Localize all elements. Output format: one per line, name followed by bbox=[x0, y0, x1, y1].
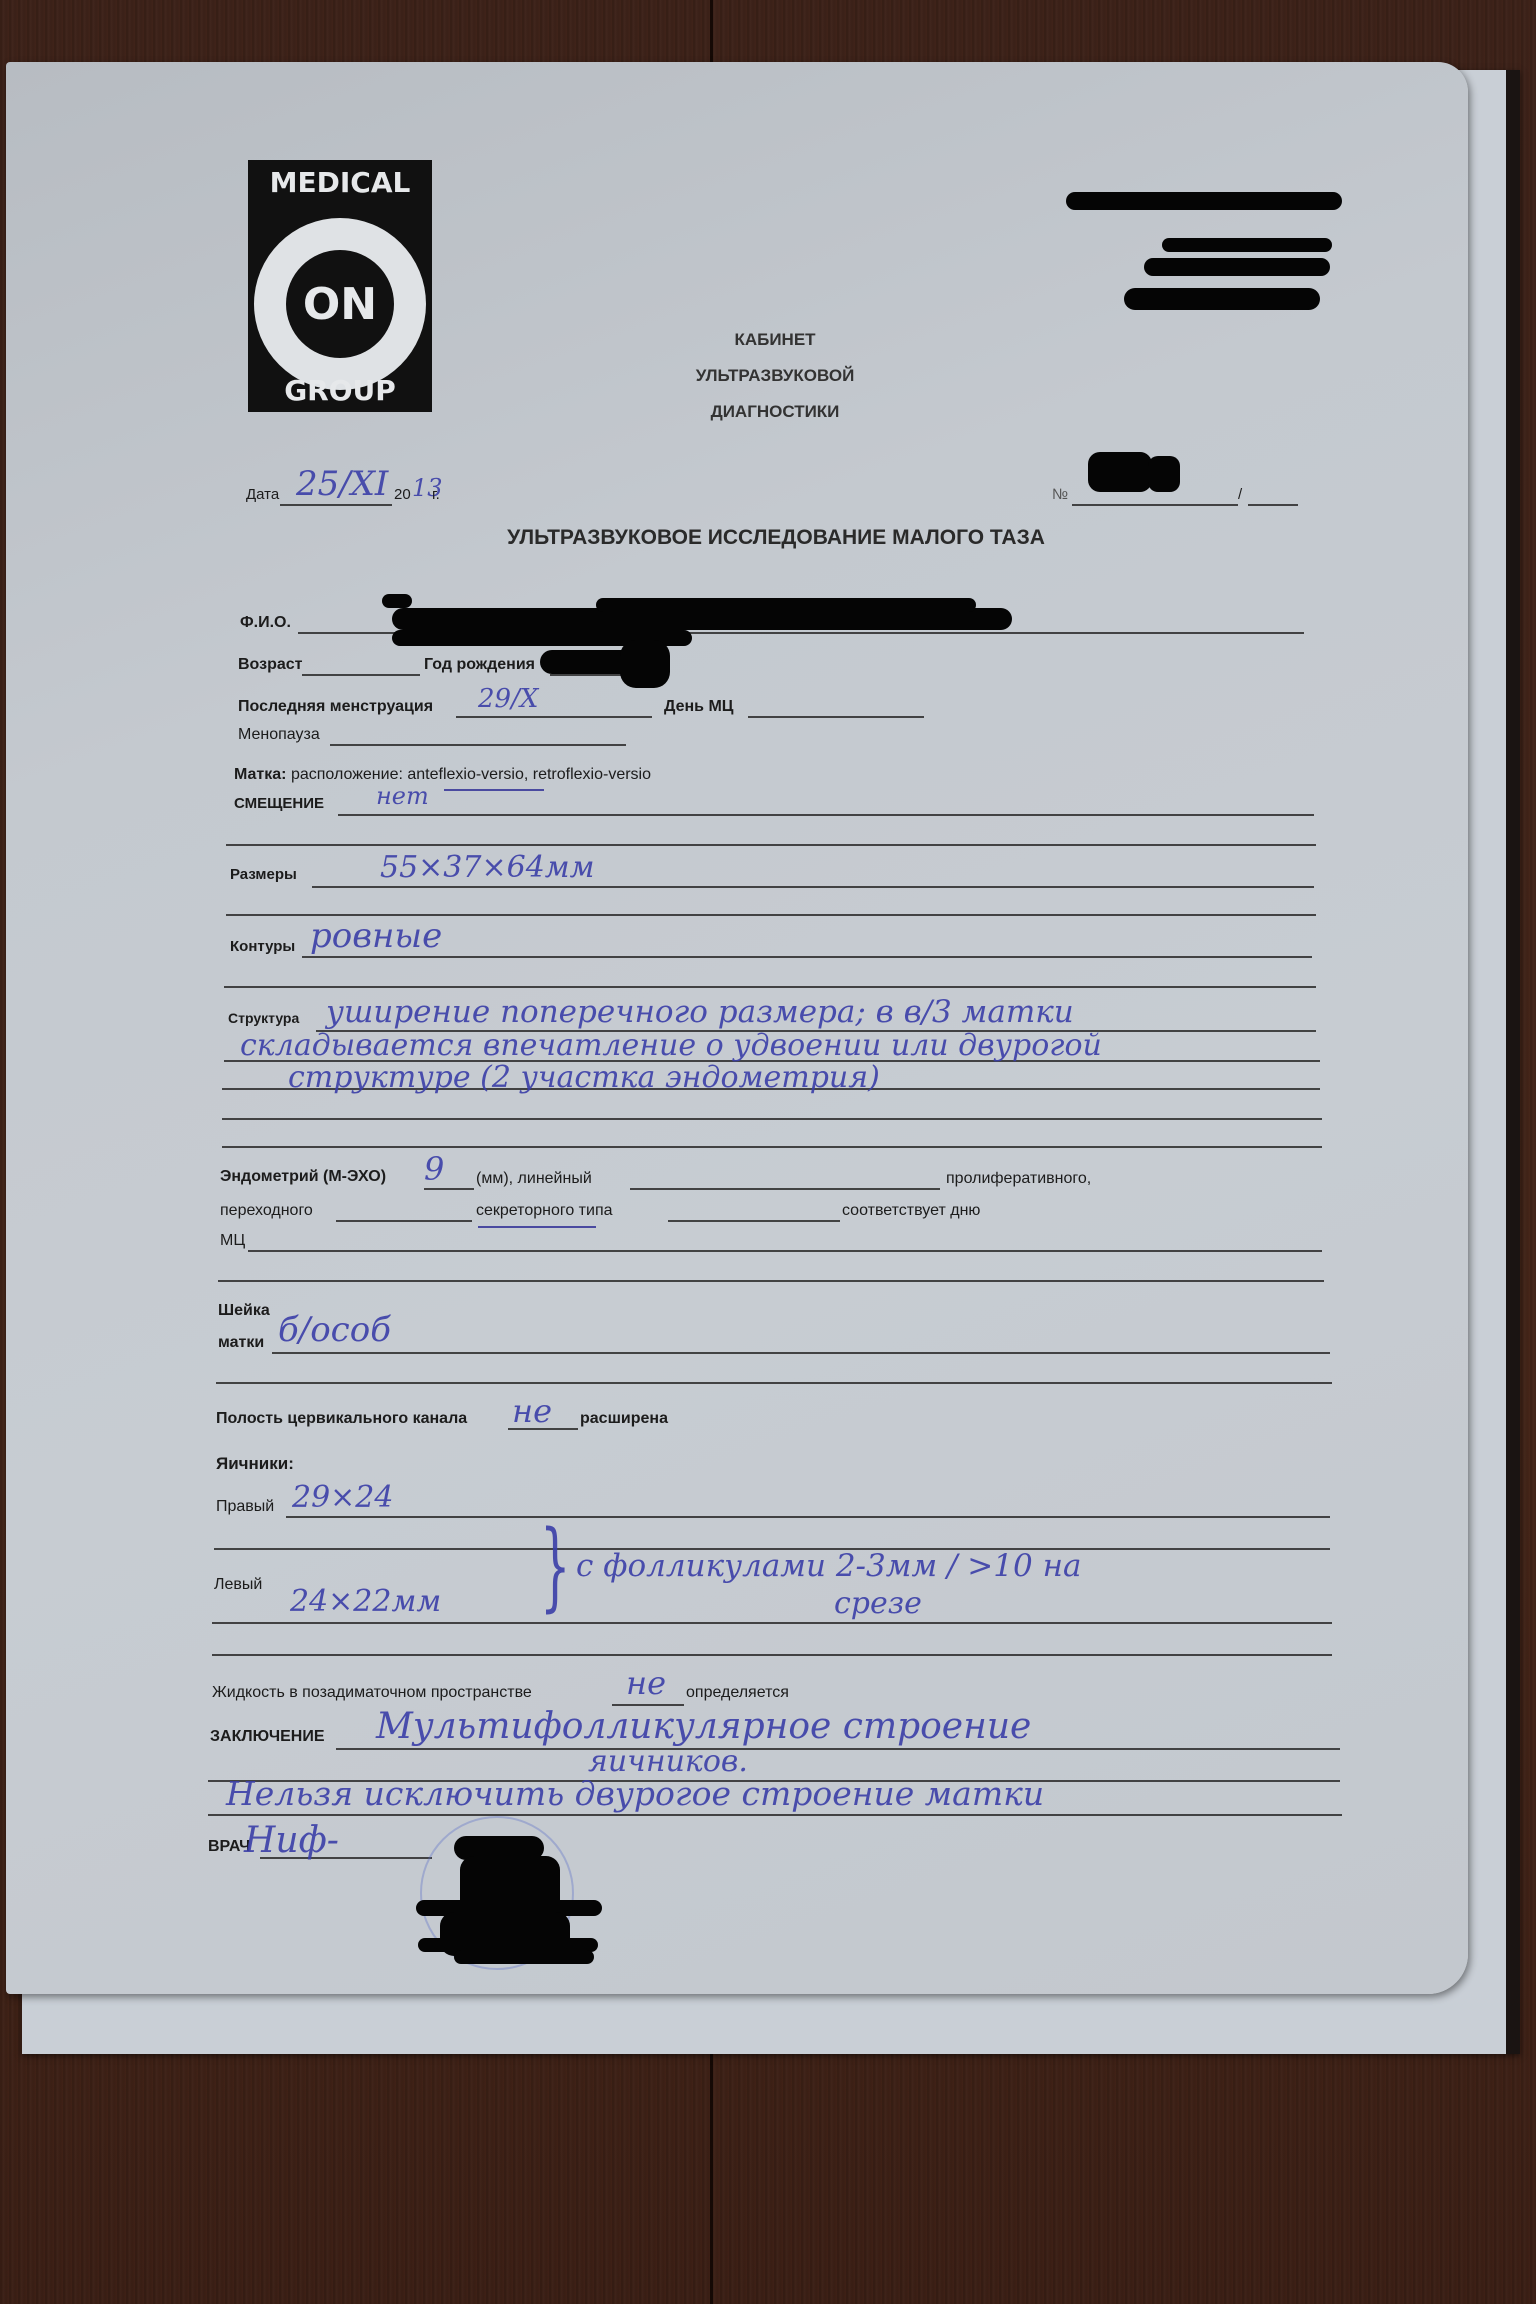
redaction-mark bbox=[454, 1950, 594, 1964]
cycle-day-line bbox=[748, 716, 924, 718]
conclusion-line-1 bbox=[336, 1748, 1340, 1750]
number-label: № bbox=[1052, 486, 1068, 503]
mc-line bbox=[248, 1250, 1322, 1252]
displacement-label: СМЕЩЕНИЕ bbox=[234, 795, 324, 812]
year-unit: г. bbox=[432, 486, 440, 503]
header-line-1: КАБИНЕТ bbox=[640, 330, 910, 350]
anteflexio-underline bbox=[444, 789, 544, 791]
mc-label: МЦ bbox=[220, 1232, 245, 1250]
endometrium-label: Эндометрий (М-ЭХО) bbox=[220, 1168, 386, 1186]
right-ovary-line bbox=[286, 1516, 1330, 1518]
structure-text-1: уширение поперечного размера; в в/3 матк… bbox=[326, 994, 1074, 1030]
secretory-line bbox=[668, 1220, 840, 1222]
redaction-mark bbox=[1066, 192, 1342, 210]
blank-line bbox=[222, 1146, 1322, 1148]
redaction-mark bbox=[1088, 452, 1152, 492]
redaction-mark bbox=[596, 598, 976, 612]
ovaries-label: Яичники: bbox=[216, 1454, 294, 1474]
ovaries-brace: } bbox=[540, 1510, 571, 1622]
left-ovary-line bbox=[212, 1622, 1332, 1624]
displacement-value: нет bbox=[376, 782, 429, 810]
page-title: УЛЬТРАЗВУКОВОЕ ИССЛЕДОВАНИЕ МАЛОГО ТАЗА bbox=[476, 526, 1076, 550]
date-value: 25/XI bbox=[296, 464, 388, 504]
birth-year-line bbox=[550, 674, 630, 676]
left-ovary-label: Левый bbox=[214, 1576, 262, 1594]
fluid-suffix: определяется bbox=[686, 1684, 789, 1702]
cervical-canal-suffix: расширена bbox=[580, 1410, 668, 1428]
structure-text-2: складывается впечатление о удвоении или … bbox=[240, 1028, 1102, 1063]
cycle-day-label: День МЦ bbox=[664, 698, 733, 716]
number-line bbox=[1072, 504, 1238, 506]
size-label: Размеры bbox=[230, 866, 297, 883]
age-label: Возраст bbox=[238, 656, 302, 674]
contours-value: ровные bbox=[310, 916, 442, 956]
date-line bbox=[280, 504, 392, 506]
redaction-mark bbox=[382, 594, 412, 608]
conclusion-line-3 bbox=[208, 1814, 1342, 1816]
blank-line bbox=[218, 1280, 1324, 1282]
endometrium-unit: (мм), линейный bbox=[476, 1170, 592, 1188]
clinic-logo: MEDICAL ON GROUP bbox=[248, 160, 432, 412]
corresponds-label: соответствует дню bbox=[842, 1202, 980, 1220]
last-menstruation-value: 29/X bbox=[478, 684, 538, 714]
year-prefix: 20 bbox=[394, 486, 411, 503]
redaction-mark bbox=[1144, 258, 1330, 276]
contours-line bbox=[302, 956, 1312, 958]
right-ovary-value: 29×24 bbox=[292, 1480, 393, 1515]
header-line-3: ДИАГНОСТИКИ bbox=[640, 402, 910, 422]
fluid-value: не bbox=[626, 1664, 666, 1702]
number-slash: / bbox=[1238, 486, 1242, 503]
proliferative-label: пролиферативного, bbox=[946, 1170, 1091, 1188]
cervical-canal-label: Полость цервикального канала bbox=[216, 1410, 467, 1428]
size-line bbox=[312, 886, 1314, 888]
size-value: 55×37×64мм bbox=[380, 850, 595, 885]
blank-line bbox=[212, 1654, 1332, 1656]
structure-text-3: структуре (2 участка эндометрия) bbox=[288, 1060, 880, 1095]
header-line-2: УЛЬТРАЗВУКОВОЙ bbox=[640, 366, 910, 386]
uterus-label: Матка: bbox=[234, 766, 287, 783]
blank-line bbox=[216, 1382, 1332, 1384]
logo-top-text: MEDICAL bbox=[248, 166, 432, 199]
blank-line bbox=[222, 1118, 1322, 1120]
transitional-line bbox=[336, 1220, 472, 1222]
cervix-value: б/особ bbox=[278, 1310, 391, 1350]
blank-line bbox=[226, 844, 1316, 846]
transitional-label: переходного bbox=[220, 1202, 313, 1220]
menopause-line bbox=[330, 744, 626, 746]
cervix-line bbox=[272, 1352, 1330, 1354]
redaction-mark bbox=[1148, 456, 1180, 492]
conclusion-text-3: Нельзя исключить двурогое строение матки bbox=[226, 1774, 1044, 1813]
cervical-canal-value: не bbox=[512, 1392, 552, 1430]
endometrium-value: 9 bbox=[424, 1150, 444, 1188]
birth-year-label: Год рождения bbox=[424, 656, 535, 674]
last-menstruation-line bbox=[456, 716, 652, 718]
displacement-line bbox=[338, 814, 1314, 816]
redaction-mark bbox=[1124, 288, 1320, 310]
linear-line bbox=[630, 1188, 940, 1190]
last-menstruation-label: Последняя менструация bbox=[238, 698, 433, 716]
age-line bbox=[302, 674, 420, 676]
fio-label: Ф.И.О. bbox=[240, 614, 291, 632]
fluid-label: Жидкость в позадиматочном пространстве bbox=[212, 1684, 532, 1702]
redaction-mark bbox=[620, 640, 670, 688]
cervix-label-2: матки bbox=[218, 1334, 264, 1352]
conclusion-text-1: Мультифолликулярное строение bbox=[376, 1706, 1031, 1747]
secretory-underline bbox=[478, 1226, 596, 1228]
structure-label: Структура bbox=[228, 1010, 299, 1026]
ovaries-note-1: с фолликулами 2-3мм / >10 на bbox=[576, 1548, 1081, 1584]
doctor-signature: Ниф- bbox=[244, 1820, 339, 1861]
uterus-position: Матка: расположение: anteflexio-versio, … bbox=[234, 766, 651, 784]
contours-label: Контуры bbox=[230, 938, 295, 955]
logo-ring: ON bbox=[254, 218, 426, 390]
left-ovary-value: 24×22мм bbox=[290, 1584, 441, 1619]
blank-line bbox=[224, 986, 1316, 988]
number-line-2 bbox=[1248, 504, 1298, 506]
logo-center-text: ON bbox=[286, 250, 394, 358]
menopause-label: Менопауза bbox=[238, 726, 320, 744]
conclusion-label: ЗАКЛЮЧЕНИЕ bbox=[210, 1728, 325, 1746]
logo-bottom-text: GROUP bbox=[248, 374, 432, 407]
date-label: Дата bbox=[246, 486, 279, 503]
secretory-label: секреторного типа bbox=[476, 1202, 613, 1220]
endometrium-line bbox=[424, 1188, 474, 1190]
right-ovary-label: Правый bbox=[216, 1498, 274, 1516]
uterus-position-text: расположение: anteflexio-versio, retrofl… bbox=[291, 766, 651, 783]
ovaries-note-2: срезе bbox=[834, 1586, 922, 1621]
cervix-label-1: Шейка bbox=[218, 1302, 270, 1320]
redaction-mark bbox=[1162, 238, 1332, 252]
